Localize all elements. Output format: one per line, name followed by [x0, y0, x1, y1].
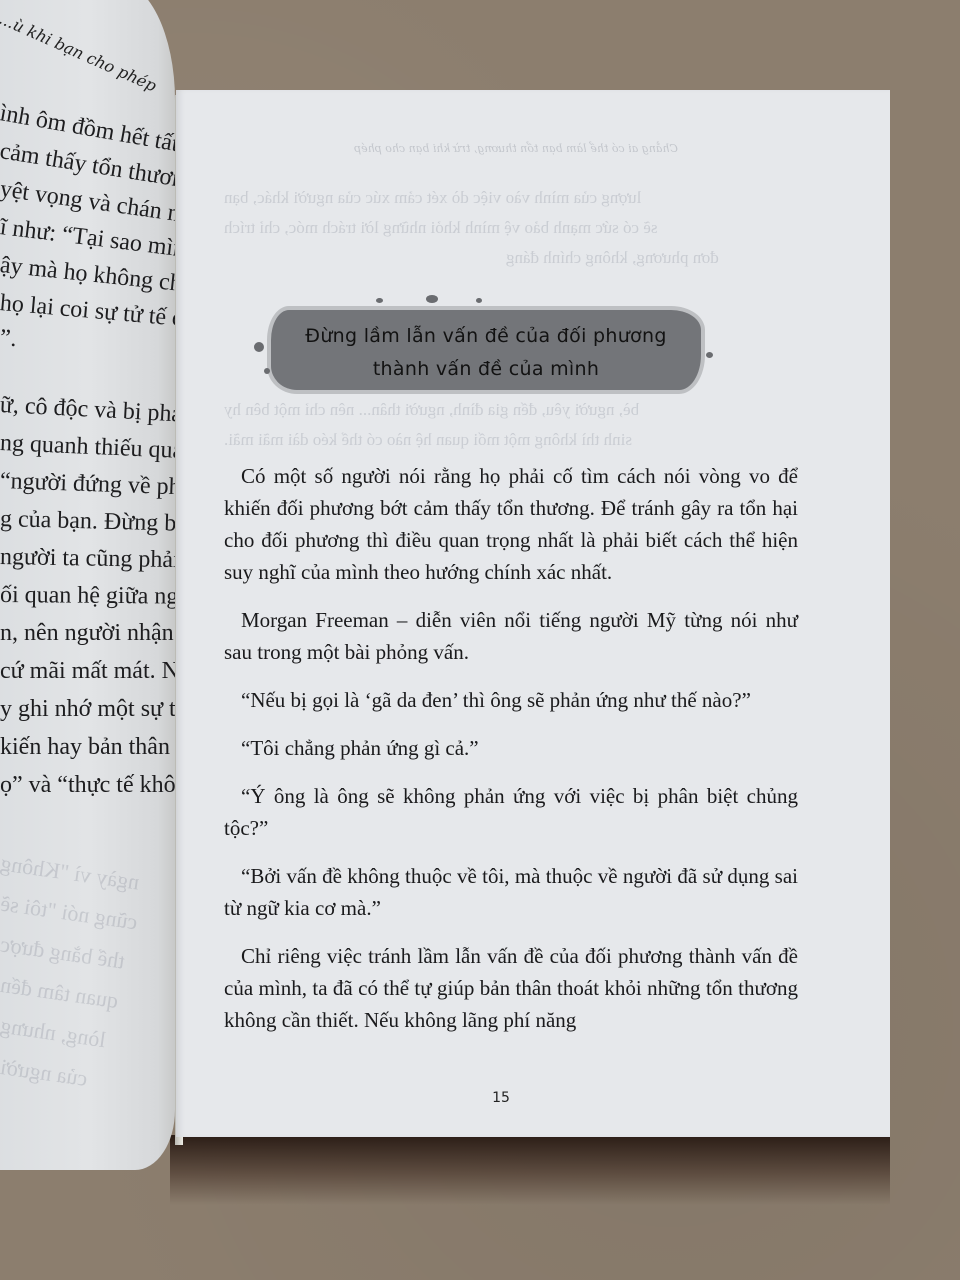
paragraph: “Tôi chẳng phản ứng gì cả.” — [224, 732, 798, 764]
left-line: n, nên người nhận về — [0, 620, 175, 647]
bleed-through-text: lòng, nhưng — [0, 1013, 107, 1054]
paragraph: Morgan Freeman – diễn viên nổi tiếng ngư… — [224, 604, 798, 668]
bleed-through-text: sẽ có sức mạnh bảo vệ mình khỏi những lờ… — [224, 218, 657, 238]
page-number: 15 — [176, 1090, 826, 1106]
body-text: Có một số người nói rằng họ phải cố tìm … — [224, 460, 798, 1052]
section-heading-line: Đừng lầm lẫn vấn đề của đối phương — [271, 320, 701, 353]
section-heading: Đừng lầm lẫn vấn đề của đối phương thành… — [271, 320, 701, 386]
left-line: ữ, cô độc và bị phản — [0, 392, 175, 429]
paragraph: “Bởi vấn đề không thuộc về tôi, mà thuộc… — [224, 860, 798, 924]
ink-splatter — [476, 298, 482, 303]
page-shadow — [170, 1135, 890, 1205]
paragraph: Chỉ riêng việc tránh lầm lẫn vấn đề của … — [224, 940, 798, 1036]
right-page: Chẳng ai có thể làm bạn tổn thương, trừ … — [176, 90, 890, 1137]
ink-splatter — [376, 298, 383, 303]
left-line: ng quanh thiếu quan — [0, 430, 175, 465]
bleed-through-running-header: Chẳng ai có thể làm bạn tổn thương, trừ … — [266, 142, 766, 155]
ink-splatter — [254, 342, 264, 352]
paragraph: Có một số người nói rằng họ phải cố tìm … — [224, 460, 798, 588]
bleed-through-text: bè, người yêu, đến gia đình, người thân.… — [224, 400, 639, 420]
left-line: y ghi nhớ một sự thật — [0, 696, 175, 723]
bleed-through-text: sinh thì không một mối quan hệ nào có th… — [224, 430, 632, 450]
bleed-through-text: đơn phương, không chính đáng — [506, 248, 719, 268]
left-line: kiến hay bản thân đối — [0, 734, 175, 761]
left-line: ”. — [0, 325, 18, 353]
bleed-through-text: quan tâm đến — [0, 972, 120, 1014]
paragraph: “Nếu bị gọi là ‘gã da đen’ thì ông sẽ ph… — [224, 684, 798, 716]
left-line: cứ mãi mất mát. Nếu — [0, 658, 175, 685]
left-line: người ta cũng phải — [0, 544, 175, 574]
left-running-header: ...ù khi bạn cho phép — [0, 9, 159, 96]
bleed-through-text: ngày vì "Không — [0, 850, 141, 895]
left-line: ọ” và “thực tế không — [0, 772, 175, 799]
paragraph: “Ý ông là ông sẽ không phản ứng với việc… — [224, 780, 798, 844]
left-line: g của bạn. Đừng ba — [0, 506, 175, 538]
ink-splatter — [426, 295, 438, 303]
bleed-through-text: cũng nói "tôi sẽ — [0, 891, 139, 936]
bleed-through-text: thể bằng được — [0, 931, 126, 974]
bleed-through-text: lượng của mình vào việc dò xét cảm xúc c… — [224, 188, 641, 208]
left-line: họ lại coi sự tử tế của — [0, 290, 175, 335]
ink-splatter — [706, 352, 713, 358]
section-heading-line: thành vấn đề của mình — [271, 353, 701, 386]
bleed-through-text: của người — [0, 1054, 89, 1092]
ink-splatter — [264, 368, 270, 374]
left-page: ...ù khi bạn cho phép ình ôm đồm hết tất… — [0, 0, 175, 1170]
left-line: “người đứng về phía — [0, 468, 175, 502]
left-line: ối quan hệ giữa người — [0, 582, 175, 611]
